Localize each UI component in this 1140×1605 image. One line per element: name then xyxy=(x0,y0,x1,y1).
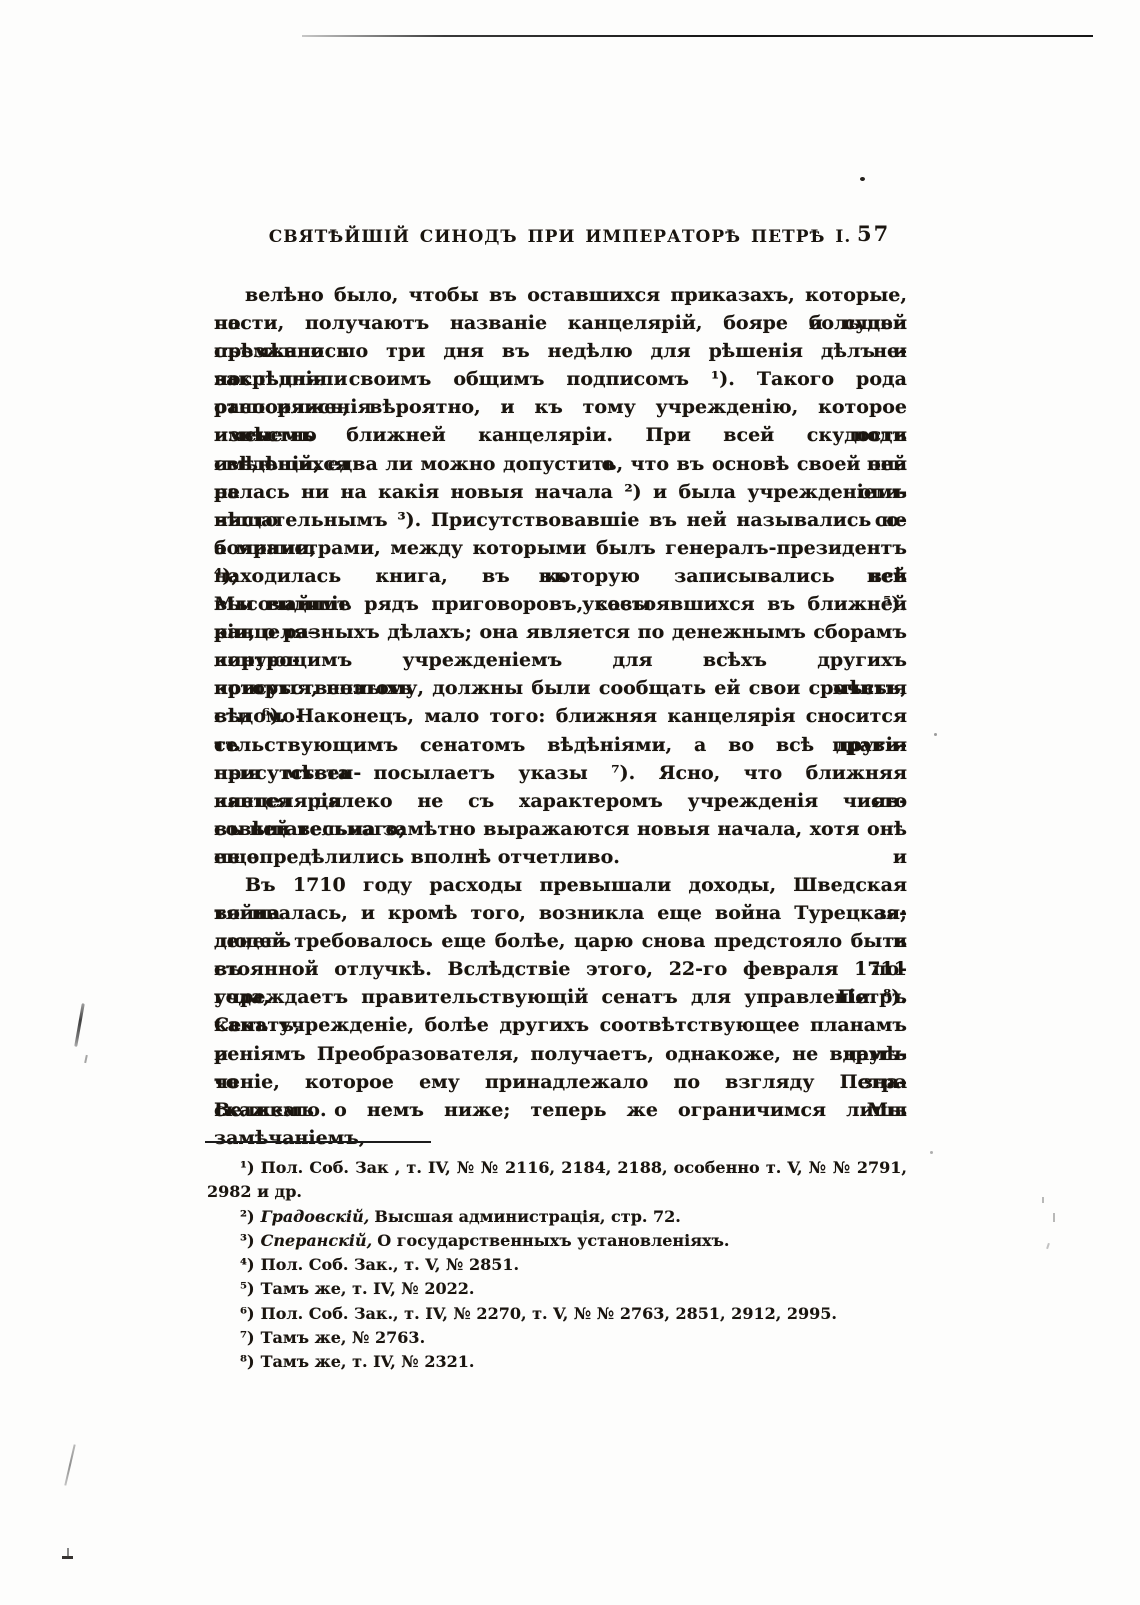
scan-artifact xyxy=(84,1055,88,1063)
footnote-line: ⁸)Тамъ же, т. IV, № 2321. xyxy=(207,1350,907,1374)
footnote-text: Тамъ же, т. IV, № 2321. xyxy=(261,1352,475,1371)
footnote-marker: ⁴) xyxy=(240,1255,255,1274)
footnote-line: ²)Градовскій,Высшая администрація, стр. … xyxy=(207,1205,907,1229)
footnotes: ¹)Пол. Соб. Зак , т. IV, № № 2116, 2184,… xyxy=(207,1156,907,1375)
footnote-text: Тамъ же, № 2763. xyxy=(261,1328,426,1347)
footnote-line: ¹)Пол. Соб. Зак , т. IV, № № 2116, 2184,… xyxy=(207,1156,907,1180)
text-line: Въ 1710 году расходы превышали доходы, Ш… xyxy=(214,871,907,899)
footnote-text: Пол. Соб. Зак , т. IV, № № 2116, 2184, 2… xyxy=(261,1158,907,1177)
text-line: ралась ни на какія новыя начала ²) и был… xyxy=(214,478,907,506)
footnote-marker: ³) xyxy=(240,1231,255,1250)
footnote-line: ⁵)Тамъ же, т. IV, № 2022. xyxy=(207,1277,907,1301)
text-line: относились, вѣроятно, и къ тому учрежден… xyxy=(214,393,907,421)
text-line: свѣдѣній, едва ли можно допустить, что в… xyxy=(214,450,907,478)
text-line: реніямъ Преобразователя, получаетъ, одна… xyxy=(214,1040,907,1068)
text-line: именемъ ближней канцеляріи. При всей ску… xyxy=(214,421,907,449)
text-line: а министрами, между которыми былъ генера… xyxy=(214,534,907,562)
footnote-line: ³)Сперанскій,О государственныхъ установл… xyxy=(207,1229,907,1253)
footnote-author: Сперанскій, xyxy=(261,1231,373,1250)
page-top-rule xyxy=(302,35,1093,37)
text-line: Мы видимъ рядъ приговоровъ, состоявшихся… xyxy=(214,590,907,618)
page-background: СВЯТѢЙШІЙ СИНОДЪ ПРИ ИМПЕРАТОРѢ ПЕТРѢ I.… xyxy=(0,0,1140,1605)
text-line: скажемъ о немъ ниже; теперь же ограничим… xyxy=(214,1096,907,1124)
text-line: тягивалась, и кромѣ того, возникла еще в… xyxy=(214,899,907,927)
footnote-marker: ⁷) xyxy=(240,1328,255,1347)
text-line: велѣно было, чтобы въ оставшихся приказа… xyxy=(214,281,907,309)
text-line: вѣщательнымъ ³). Присутствовавшіе въ ней… xyxy=(214,506,907,534)
text-line: какъ учрежденіе, болѣе другихъ соотвѣтст… xyxy=(214,1011,907,1039)
text-line: находилась книга, въ которую записывалис… xyxy=(214,562,907,590)
footnote-line: 2982 и др. xyxy=(207,1180,907,1204)
footnote-text: 2982 и др. xyxy=(207,1182,302,1201)
text-line: ченіе, которое ему принадлежало по взгля… xyxy=(214,1068,907,1096)
scan-artifact xyxy=(1046,1243,1050,1249)
text-line: ныя мѣста посылаетъ указы ⁷). Ясно, что … xyxy=(214,759,907,787)
body-text: велѣно было, чтобы въ оставшихся приказа… xyxy=(214,281,907,1124)
book-page: { "colors": { "paper": "#fdfdfc", "ink":… xyxy=(0,0,1140,1605)
text-line: послѣднія своимъ общимъ подписомъ ¹). Та… xyxy=(214,365,907,393)
page-number: 57 xyxy=(857,221,890,246)
footnote-text: Высшая администрація, стр. 72. xyxy=(374,1207,681,1226)
footnote-line: ⁶)Пол. Соб. Зак., т. IV, № 2270, т. V, №… xyxy=(207,1302,907,1326)
footnote-author: Градовскій, xyxy=(261,1207,370,1226)
text-line: людей требовалось еще болѣе, царю снова … xyxy=(214,927,907,955)
text-line: стоянной отлучкѣ. Вслѣдствіе этого, 22-г… xyxy=(214,955,907,983)
footnote-text: О государственныхъ установленіяхъ. xyxy=(377,1231,729,1250)
footnote-marker: ⁶) xyxy=(240,1304,255,1323)
footnote-marker: ²) xyxy=(240,1207,255,1226)
text-line: ріи, о разныхъ дѣлахъ; она является по д… xyxy=(214,618,907,646)
footnote-separator xyxy=(205,1141,431,1143)
text-line: сти ⁶). Наконецъ, мало того: ближняя кан… xyxy=(214,702,907,730)
scan-artifact xyxy=(64,1444,75,1485)
running-header: СВЯТѢЙШІЙ СИНОДЪ ПРИ ИМПЕРАТОРѢ ПЕТРѢ I. xyxy=(213,227,907,247)
footnote-line: ⁷)Тамъ же, № 2763. xyxy=(207,1326,907,1350)
text-line: тельствующимъ сенатомъ вѣдѣніями, а во в… xyxy=(214,731,907,759)
scan-artifact xyxy=(1053,1213,1055,1222)
footnote-marker: ¹) xyxy=(240,1158,255,1177)
text-line: части, получаютъ названіе канцелярій, бо… xyxy=(214,309,907,337)
text-line: учреждаетъ правительствующій сенатъ для … xyxy=(214,983,907,1011)
footnote-text: Пол. Соб. Зак., т. IV, № 2270, т. V, № №… xyxy=(261,1304,837,1323)
scan-artifact xyxy=(74,1003,85,1047)
scan-artifact xyxy=(860,177,865,181)
footnote-line: ⁴)Пол. Соб. Зак., т. V, № 2851. xyxy=(207,1253,907,1277)
text-line: лирующимъ учрежденіемъ для всѣхъ другихъ… xyxy=(214,646,907,674)
text-line: въ ней весьма замѣтно выражаются новыя н… xyxy=(214,815,907,843)
footnote-text: Тамъ же, т. IV, № 2022. xyxy=(261,1279,475,1298)
text-line: премѣнно по три дня въ недѣлю для рѣшені… xyxy=(214,337,907,365)
footnote-marker: ⁵) xyxy=(240,1279,255,1298)
scan-artifact xyxy=(934,733,937,736)
text-line: ляется далеко не съ характеромъ учрежден… xyxy=(214,787,907,815)
text-line: которыя, поэтому, должны были сообщать е… xyxy=(214,674,907,702)
scan-artifact xyxy=(67,1548,69,1557)
footnote-marker: ⁸) xyxy=(240,1352,255,1371)
scan-artifact xyxy=(1042,1197,1044,1203)
footnote-text: Пол. Соб. Зак., т. V, № 2851. xyxy=(261,1255,519,1274)
scan-artifact xyxy=(930,1151,933,1154)
